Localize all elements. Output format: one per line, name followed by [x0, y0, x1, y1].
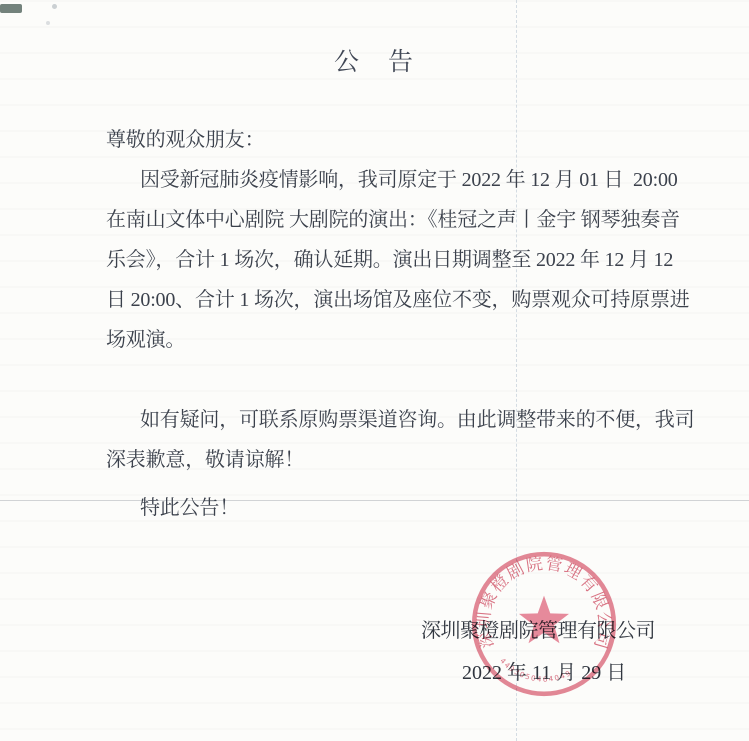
- announcement-page: 公 告 尊敬的观众朋友： 因受新冠肺炎疫情影响，我司原定于 2022 年 12 …: [0, 0, 749, 741]
- seal-serial-number: 4493050464049: [498, 656, 573, 683]
- official-seal: 深圳聚橙剧院管理有限公司 4493050464049: [458, 538, 630, 710]
- body-line: 日 20:00、合计 1 场次，演出场馆及座位不变，购票观众可持原票进: [106, 280, 649, 320]
- scan-smudge: [0, 4, 22, 13]
- closing-line: 特此公告！: [106, 488, 649, 528]
- body-line: 在南山文体中心剧院 大剧院的演出：《桂冠之声丨金宇 钢琴独奏音: [106, 200, 649, 240]
- scan-dot: [52, 4, 57, 9]
- seal-star-icon: [519, 596, 569, 644]
- scan-dot: [46, 21, 50, 25]
- body-line: 乐会》，合计 1 场次，确认延期。演出日期调整至 2022 年 12 月 12: [106, 240, 649, 280]
- page-title: 公 告: [0, 42, 749, 78]
- paragraph-gap: [106, 360, 649, 400]
- greeting-line: 尊敬的观众朋友：: [106, 120, 649, 160]
- body-line: 深表歉意，敬请谅解！: [106, 440, 649, 480]
- body-line: 因受新冠肺炎疫情影响，我司原定于 2022 年 12 月 01 日 20:00: [106, 160, 649, 200]
- body-line: 场观演。: [106, 320, 649, 360]
- seal-serial-holder: 4493050464049: [498, 656, 573, 683]
- body-line: 如有疑问，可联系原购票渠道咨询。由此调整带来的不便，我司: [106, 400, 649, 440]
- document-body: 尊敬的观众朋友： 因受新冠肺炎疫情影响，我司原定于 2022 年 12 月 01…: [106, 120, 649, 528]
